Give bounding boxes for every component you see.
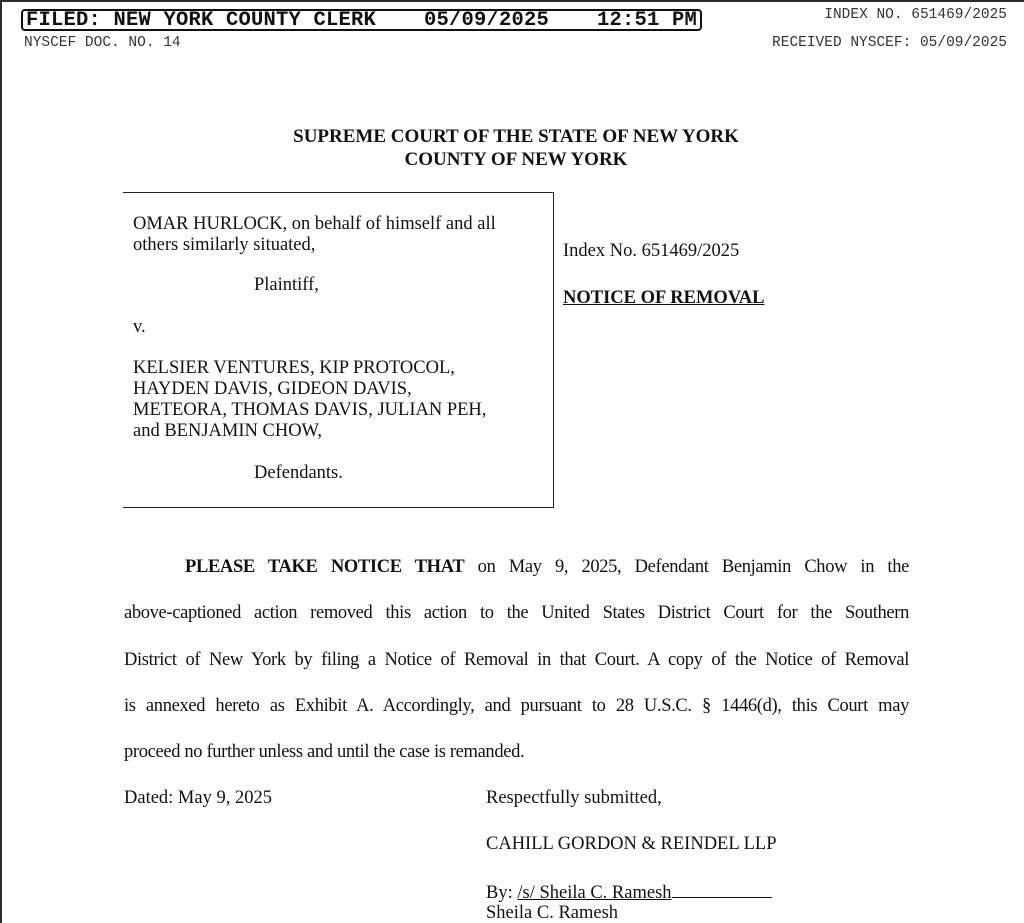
signature-underline (672, 880, 772, 898)
defendants-line-3: METEORA, THOMAS DAVIS, JULIAN PEH, (133, 400, 486, 421)
index-number-header: INDEX NO. 651469/2025 (824, 7, 1007, 23)
firm-name: CAHILL GORDON & REINDEL LLP (486, 833, 777, 855)
closing-line: Respectfully submitted, (486, 787, 662, 809)
signature-line: By: /s/ Sheila C. Ramesh (486, 880, 772, 904)
plaintiff-role: Plaintiff, (254, 275, 319, 296)
court-heading: SUPREME COURT OF THE STATE OF NEW YORK C… (2, 125, 1024, 171)
body-line-5: proceed no further unless and until the … (124, 741, 524, 763)
body-line-4: is annexed hereto as Exhibit A. Accordin… (124, 695, 909, 717)
notice-lead: PLEASE TAKE NOTICE THAT (185, 557, 464, 577)
dated-line: Dated: May 9, 2025 (124, 787, 272, 809)
caption-index-number: Index No. 651469/2025 (563, 241, 739, 262)
electronic-signature: /s/ Sheila C. Ramesh (517, 882, 671, 904)
filed-time: 12:51 PM (597, 10, 697, 31)
document-page: FILED: NEW YORK COUNTY CLERK 05/09/2025 … (0, 0, 1024, 923)
signer-name: Sheila C. Ramesh (486, 902, 618, 923)
filed-date: 05/09/2025 (424, 10, 549, 31)
by-label: By: (486, 883, 517, 903)
filed-label: FILED: NEW YORK COUNTY CLERK (26, 10, 376, 31)
body-line-2: above-captioned action removed this acti… (124, 602, 909, 624)
document-title: NOTICE OF REMOVAL (563, 288, 764, 309)
plaintiff-line-1: OMAR HURLOCK, on behalf of himself and a… (133, 214, 496, 235)
defendants-line-4: and BENJAMIN CHOW, (133, 421, 322, 442)
court-county: COUNTY OF NEW YORK (2, 148, 1024, 171)
nyscef-doc-number: NYSCEF DOC. NO. 14 (24, 35, 181, 51)
received-date-header: RECEIVED NYSCEF: 05/09/2025 (772, 35, 1007, 51)
body-line-3: District of New York by filing a Notice … (124, 649, 909, 671)
defendants-role: Defendants. (254, 463, 343, 484)
defendants-line-2: HAYDEN DAVIS, GIDEON DAVIS, (133, 379, 412, 400)
notice-lead-rest: on May 9, 2025, Defendant Benjamin Chow … (464, 557, 909, 577)
versus: v. (133, 317, 146, 338)
court-name: SUPREME COURT OF THE STATE OF NEW YORK (2, 125, 1024, 148)
body-line-1: PLEASE TAKE NOTICE THAT on May 9, 2025, … (185, 556, 909, 578)
defendants-line-1: KELSIER VENTURES, KIP PROTOCOL, (133, 358, 455, 379)
filed-stamp: FILED: NEW YORK COUNTY CLERK 05/09/2025 … (21, 9, 702, 31)
plaintiff-line-2: others similarly situated, (133, 235, 315, 256)
